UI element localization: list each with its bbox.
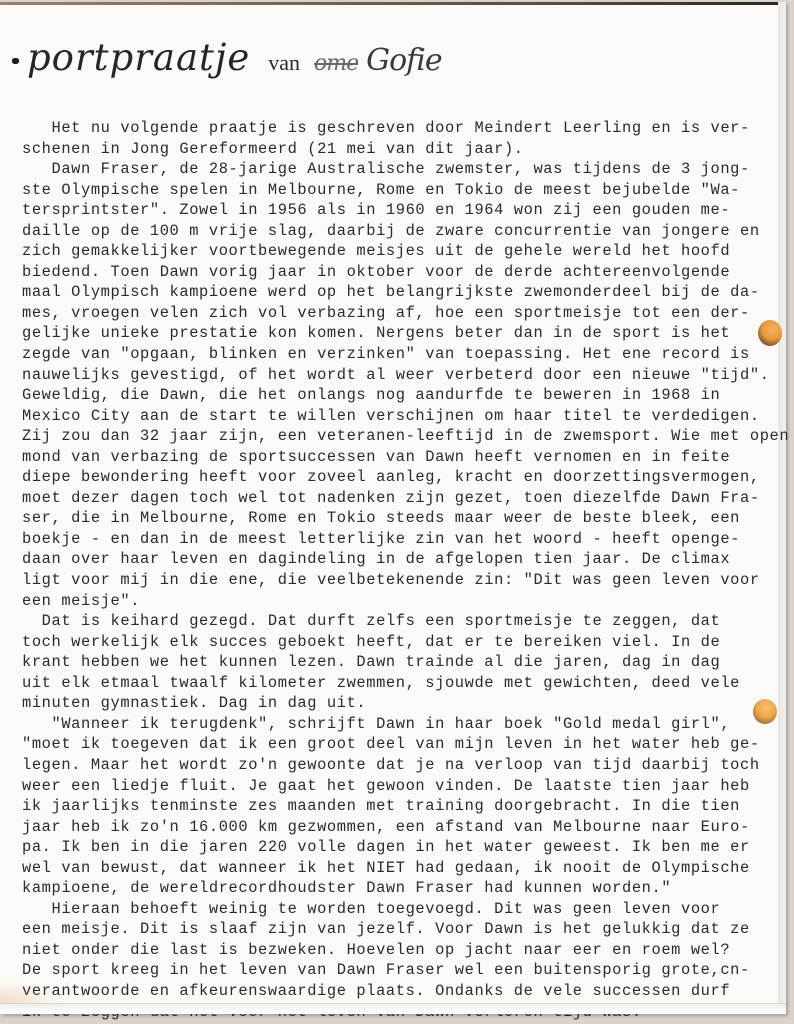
text-line: minuten gymnastiek. Dag in dag uit. (22, 693, 782, 714)
text-line: een meisje. Dit is slaaf zijn van jezelf… (22, 919, 782, 940)
text-line: mes, vroegen velen zich vol verbazing af… (22, 303, 782, 324)
text-line: biedend. Toen Dawn vorig jaar in oktober… (22, 262, 782, 283)
title-author-name: Gofie (366, 43, 441, 78)
text-line: Mexico City aan de start te willen versc… (22, 406, 782, 427)
text-line: gelijke unieke prestatie kon komen. Nerg… (22, 323, 782, 344)
text-line: "Wanneer ik terugdenk", schrijft Dawn in… (22, 714, 782, 735)
text-line: daan over haar leven en dagindeling in d… (22, 549, 782, 570)
title-van: van (268, 50, 300, 76)
text-line: kampioene, de wereldrecordhoudster Dawn … (22, 878, 782, 899)
ink-blot-icon (12, 58, 19, 64)
text-line: "moet ik toegeven dat ik een groot deel … (22, 734, 782, 755)
text-line: Hieraan behoeft weinig te worden toegevo… (22, 899, 782, 920)
text-line: uit elk etmaal twaalf kilometer zwemmen,… (22, 673, 782, 694)
text-line: Dat is keihard gezegd. Dat durft zelfs e… (22, 611, 782, 632)
text-line: wel van bewust, dat wanneer ik het NIET … (22, 858, 782, 879)
title-struck-word: ome (314, 51, 358, 76)
page-top-edge (0, 2, 786, 5)
text-line: Dawn Fraser, de 28-jarige Australische z… (22, 159, 782, 180)
text-line: zegde van "opgaan, blinken en verzinken"… (22, 344, 782, 365)
text-line: toch werkelijk elk succes geboekt heeft,… (22, 632, 782, 653)
stain-mark (758, 320, 782, 346)
text-line: ligt voor mij in die ene, die veelbeteke… (22, 570, 782, 591)
text-line: jaar heb ik zo'n 16.000 km gezwommen, ee… (22, 817, 782, 838)
text-line: De sport kreeg in het leven van Dawn Fra… (22, 960, 782, 981)
document-page: portpraatje van omeGofie Het nu volgende… (0, 2, 786, 1014)
text-line: ser, die in Melbourne, Rome en Tokio ste… (22, 508, 782, 529)
text-line: Zij zou dan 32 jaar zijn, een veteranen-… (22, 426, 782, 447)
text-line: schenen in Jong Gereformeerd (21 mei van… (22, 139, 782, 160)
text-line: tersprintster". Zowel in 1956 als in 196… (22, 200, 782, 221)
text-line: maal Olympisch kampioene werd op het bel… (22, 282, 782, 303)
text-line: weer een liedje fluit. Je gaat het gewoo… (22, 776, 782, 797)
text-line: ste Olympische spelen in Melbourne, Rome… (22, 180, 782, 201)
title-author: omeGofie (314, 43, 442, 78)
text-line: diepe bewondering heeft voor zoveel aanl… (22, 467, 782, 488)
text-line: ik jaarlijks tenminste zes maanden met t… (22, 796, 782, 817)
text-line: mond van verbazing de sportsuccessen van… (22, 447, 782, 468)
text-line: pa. Ik ben in die jaren 220 volle dagen … (22, 837, 782, 858)
text-line: krant hebben we het kunnen lezen. Dawn t… (22, 652, 782, 673)
title-main: portpraatje (27, 36, 250, 79)
text-line: daille op de 100 m vrije slag, daarbij d… (22, 221, 782, 242)
stain-mark (753, 699, 777, 724)
text-line: niet onder die last is bezweken. Hoevele… (22, 940, 782, 961)
text-line: moet dezer dagen toch wel tot nadenken z… (22, 488, 782, 509)
text-line: boekje - en dan in de meest letterlijke … (22, 529, 782, 550)
text-line: Geweldig, die Dawn, die het onlangs nog … (22, 385, 782, 406)
text-line: verantwoorde en afkeurenswaardige plaats… (22, 981, 782, 1002)
page-bottom-edge (0, 1003, 786, 1014)
text-line: legen. Maar het wordt zo'n gewoonte dat … (22, 755, 782, 776)
text-line: zich gemakkelijker voortbewegende meisje… (22, 241, 782, 262)
text-line: Het nu volgende praatje is geschreven do… (22, 118, 782, 139)
corner-smudge (0, 980, 60, 1004)
text-line: nauwelijks gevestigd, of het wordt al we… (22, 365, 782, 386)
document-title: portpraatje van omeGofie (12, 36, 442, 79)
article-body: Het nu volgende praatje is geschreven do… (22, 118, 782, 1022)
text-line: een meisje". (22, 591, 782, 612)
